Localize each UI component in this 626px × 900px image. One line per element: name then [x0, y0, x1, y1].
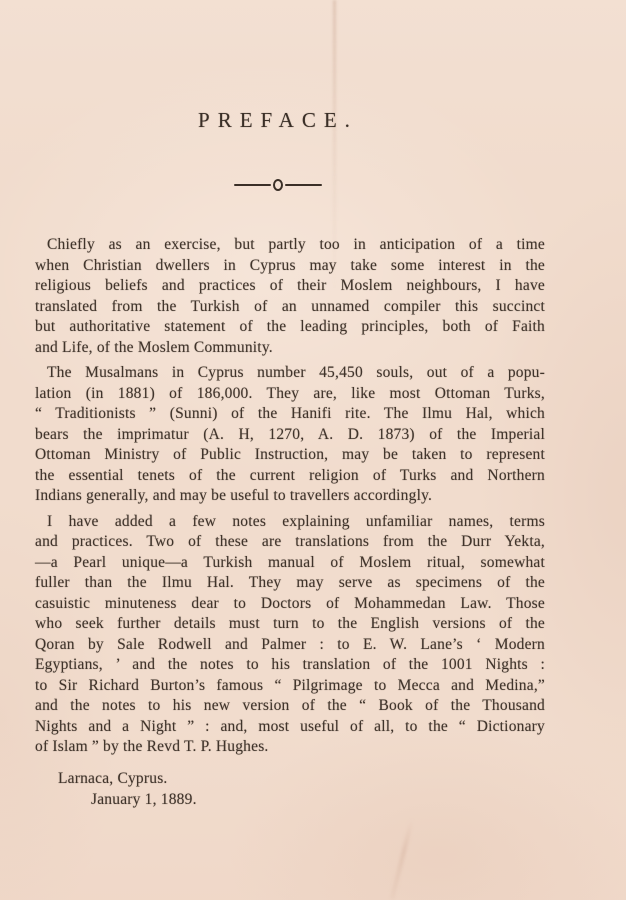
scanned-book-page: PREFACE. Chiefly as an exercise, but par…	[0, 0, 626, 900]
signature-date: January 1, 1889.	[35, 789, 545, 810]
divider-rule-left-icon	[234, 184, 271, 187]
text-line: and practices. Two of these are translat…	[35, 532, 545, 553]
page-title: PREFACE.	[11, 108, 545, 133]
text-line: “ Traditionists ” (Sunni) of the Hanifi …	[35, 404, 545, 425]
text-line: Ottoman Ministry of Public Instruction, …	[35, 445, 545, 466]
text-line: religious beliefs and practices of their…	[35, 276, 545, 297]
signature-place: Larnaca, Cyprus.	[35, 768, 545, 789]
text-line: of Islam ” by the Revd T. P. Hughes.	[35, 737, 545, 758]
text-line: the essential tenets of the current reli…	[35, 466, 545, 487]
body-text: Chiefly as an exercise, but partly too i…	[35, 235, 545, 758]
text-line: The Musalmans in Cyprus number 45,450 so…	[35, 363, 545, 384]
text-line: Indians generally, and may be useful to …	[35, 486, 545, 507]
section-divider	[11, 179, 545, 191]
signature-block: Larnaca, Cyprus. January 1, 1889.	[35, 768, 545, 810]
paragraph-3: I have added a few notes explaining unfa…	[35, 512, 545, 758]
text-line: Chiefly as an exercise, but partly too i…	[35, 235, 545, 256]
divider-rule-right-icon	[285, 184, 322, 187]
text-line: Qoran by Sale Rodwell and Palmer : to E.…	[35, 635, 545, 656]
text-line: to Sir Richard Burton’s famous “ Pilgrim…	[35, 676, 545, 697]
text-line: lation (in 1881) of 186,000. They are, l…	[35, 384, 545, 405]
paper-crease	[390, 819, 414, 900]
text-line: Nights and a Night ” : and, most useful …	[35, 717, 545, 738]
divider-circle-icon	[273, 179, 283, 191]
text-line: and Life, of the Moslem Community.	[35, 338, 545, 359]
text-line: when Christian dwellers in Cyprus may ta…	[35, 256, 545, 277]
text-line: —a Pearl unique—a Turkish manual of Mosl…	[35, 553, 545, 574]
text-line: and the notes to his new version of the …	[35, 696, 545, 717]
text-line: who seek further details must turn to th…	[35, 614, 545, 635]
text-line: casuistic minuteness dear to Doctors of …	[35, 594, 545, 615]
text-line: bears the imprimatur (A. H, 1270, A. D. …	[35, 425, 545, 446]
paragraph-1: Chiefly as an exercise, but partly too i…	[35, 235, 545, 358]
paragraph-2: The Musalmans in Cyprus number 45,450 so…	[35, 363, 545, 507]
text-line: Egyptians, ’ and the notes to his transl…	[35, 655, 545, 676]
text-line: but authoritative statement of the leadi…	[35, 317, 545, 338]
text-line: translated from the Turkish of an unname…	[35, 297, 545, 318]
page-content: PREFACE. Chiefly as an exercise, but par…	[35, 108, 545, 810]
text-line: I have added a few notes explaining unfa…	[35, 512, 545, 533]
text-line: fuller than the Ilmu Hal. They may serve…	[35, 573, 545, 594]
